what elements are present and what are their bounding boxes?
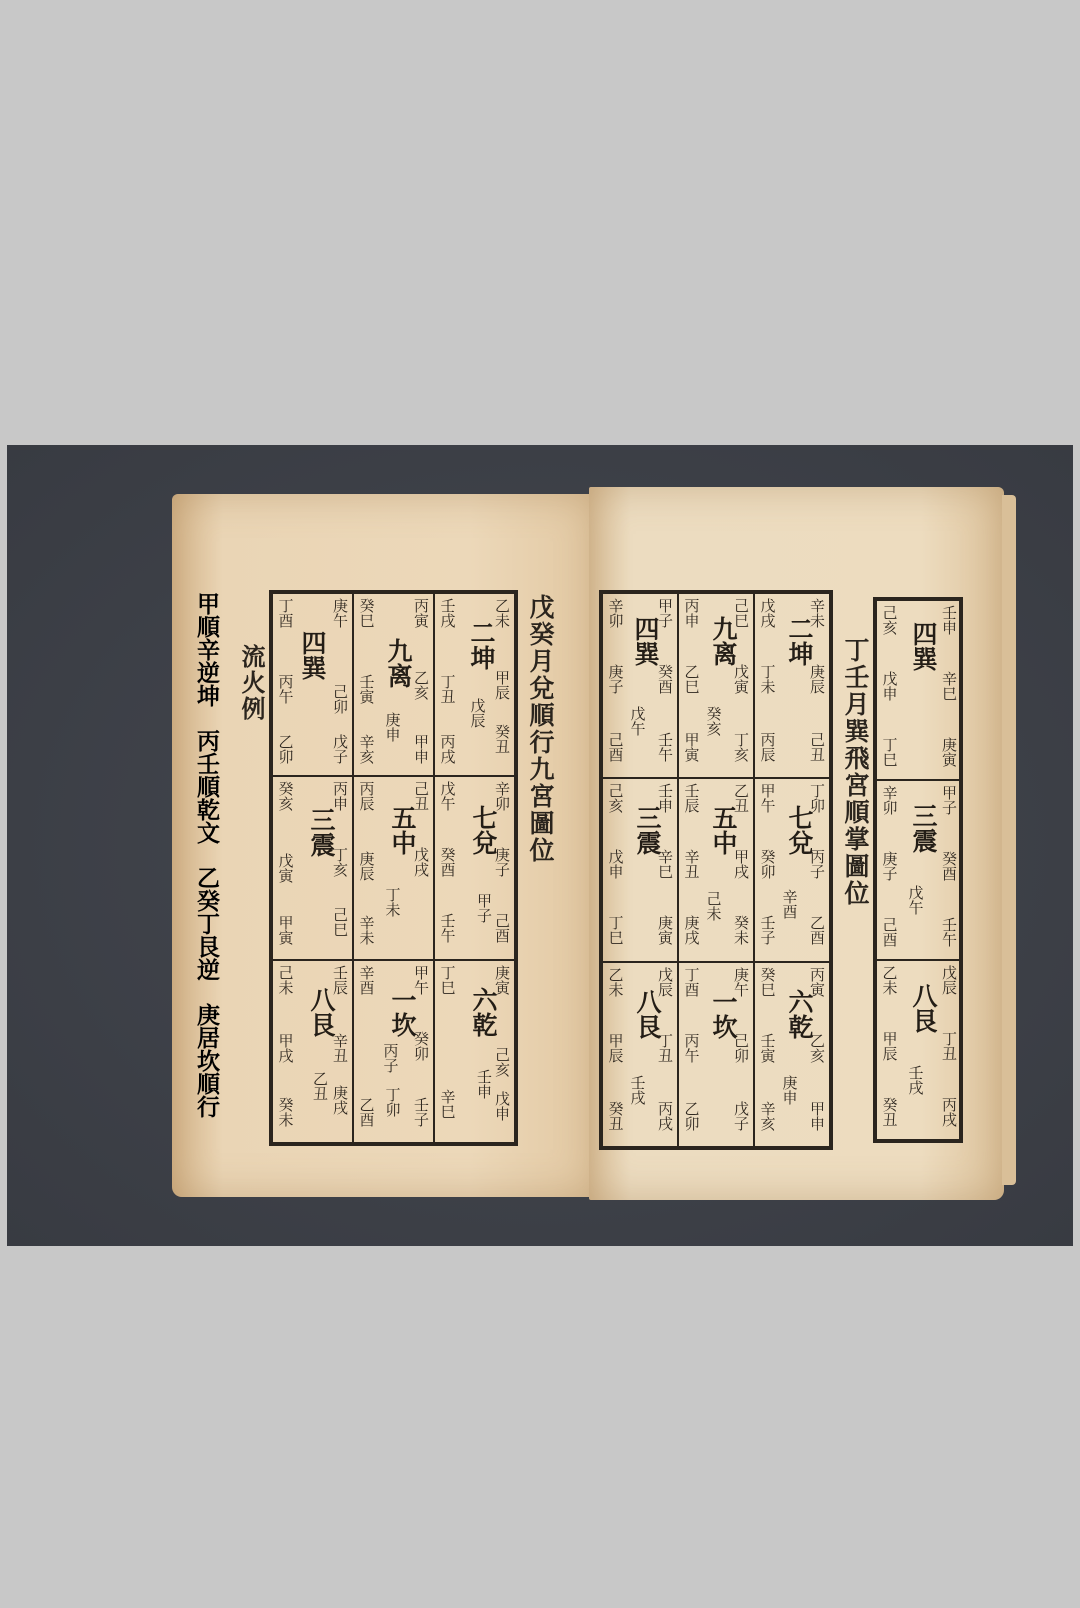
stem-text: 癸未 (733, 915, 750, 945)
stem-text: 乙酉 (809, 915, 826, 945)
stem-text: 乙未 (881, 965, 898, 995)
stem-text: 壬午 (941, 917, 958, 947)
stem-text: 戊戌 (759, 598, 776, 628)
section-heading: 流火例 (234, 644, 269, 722)
stem-text: 己丑 (809, 732, 826, 762)
palace-cell: 己亥 戊申 丁巳 四巽 壬申 辛巳 庚寅 (876, 600, 960, 780)
palace-cell: 乙未 甲辰 癸丑 八艮 戊辰 丁丑 丙戌 壬戌 (602, 962, 678, 1147)
stem-text: 丁未 (384, 887, 401, 917)
stem-text: 己酉 (494, 913, 511, 943)
stem-text: 辛未 (809, 598, 826, 628)
right-side-palace-column: 己亥 戊申 丁巳 四巽 壬申 辛巳 庚寅 辛卯 庚子 己酉 三震 甲子 癸酉 壬… (873, 597, 963, 1143)
palace-cell: 癸巳 壬寅 辛亥 九离 丙寅 乙亥 甲申 庚申 (353, 593, 434, 776)
palace-name: 四巽 (905, 621, 941, 671)
stem-text: 丙申 (683, 598, 700, 628)
stem-text: 己亥 (494, 1047, 511, 1077)
palace-cell: 戊午 癸酉 壬午 七兌 辛卯 庚子 甲子 己酉 (434, 776, 515, 959)
stem-text: 癸亥 (705, 706, 722, 736)
notes-column: 甲順辛逆坤 丙壬順乾文 乙癸丁艮逆 庚居坎順行 (190, 592, 223, 1118)
stem-text: 戊寅 (733, 664, 750, 694)
stem-text: 己亥 (607, 783, 624, 813)
palace-name: 八艮 (905, 983, 941, 1033)
note-line: 甲順辛逆坤 (190, 592, 223, 707)
stem-text: 辛亥 (358, 734, 375, 764)
stem-text: 辛丑 (683, 849, 700, 879)
stem-text: 壬寅 (358, 674, 375, 704)
palace-cell: 辛酉 乙酉 甲午 癸卯 一坎 丙子 丁卯 壬子 (353, 960, 434, 1143)
stem-text: 己巳 (332, 907, 349, 937)
stem-text: 癸卯 (759, 849, 776, 879)
stem-text: 己巳 (733, 598, 750, 628)
stem-text: 戊申 (607, 849, 624, 879)
stem-text: 壬申 (657, 783, 674, 813)
left-page-title: 戊癸月兌順行九宮圖位 (522, 594, 558, 864)
stem-text: 丁丑 (657, 1033, 674, 1063)
stem-text: 丙辰 (759, 732, 776, 762)
palace-cell: 丙辰 庚辰 辛未 五中 己丑 戊戌 丁未 (353, 776, 434, 959)
stem-text: 庚寅 (657, 915, 674, 945)
right-page: 辛卯 庚子 己酉 四巽 甲子 癸酉 壬午 戊午 丙申 乙巳 甲寅 九离 己巳 戊… (589, 487, 1004, 1200)
right-page-title: 丁壬月巽飛宮順掌圖位 (837, 637, 873, 907)
stem-text: 甲申 (413, 734, 430, 764)
stem-text: 辛卯 (494, 781, 511, 811)
stem-text: 丁亥 (332, 847, 349, 877)
stem-text: 丁亥 (733, 732, 750, 762)
stem-text: 甲午 (759, 783, 776, 813)
stem-text: 己未 (705, 891, 722, 921)
stem-text: 癸巳 (759, 967, 776, 997)
stem-text: 戊寅 (277, 853, 294, 883)
palace-cell: 戊戌 丁未 丙辰 二坤 辛未 庚辰 己丑 (754, 593, 830, 778)
stem-text: 甲戌 (277, 1033, 294, 1063)
palace-cell: 辛卯 庚子 己酉 三震 甲子 癸酉 壬午 戊午 (876, 780, 960, 960)
stem-text: 戊子 (332, 734, 349, 764)
palace-cell: 己未 甲戌 癸未 八艮 壬辰 辛丑 乙丑 庚戌 (272, 960, 353, 1143)
right-nine-palace-grid: 辛卯 庚子 己酉 四巽 甲子 癸酉 壬午 戊午 丙申 乙巳 甲寅 九离 己巳 戊… (599, 590, 833, 1150)
stem-text: 乙丑 (312, 1071, 329, 1101)
stem-text: 戊午 (439, 781, 456, 811)
stem-text: 癸巳 (358, 598, 375, 628)
stem-text: 癸酉 (657, 664, 674, 694)
stem-text: 丙戌 (657, 1101, 674, 1131)
stem-text: 癸亥 (277, 781, 294, 811)
stem-text: 丁巳 (607, 915, 624, 945)
stem-text: 己卯 (332, 684, 349, 714)
stem-text: 甲子 (657, 598, 674, 628)
stem-text: 丁未 (759, 664, 776, 694)
stem-text: 庚子 (881, 851, 898, 881)
stem-text: 丙申 (332, 781, 349, 811)
note-line: 丙壬順乾文 (190, 729, 223, 844)
note-line: 乙癸丁艮逆 (190, 866, 223, 981)
stem-text: 甲辰 (881, 1031, 898, 1061)
stem-text: 戊午 (907, 885, 924, 915)
palace-cell: 甲午 癸卯 壬子 七兌 丁卯 丙子 乙酉 辛酉 (754, 778, 830, 963)
stem-text: 庚辰 (809, 664, 826, 694)
stem-text: 甲寅 (277, 915, 294, 945)
stem-text: 丙午 (277, 674, 294, 704)
stem-text: 庚午 (332, 598, 349, 628)
stem-text: 庚午 (733, 967, 750, 997)
palace-cell: 己亥 戊申 丁巳 三震 壬申 辛巳 庚寅 (602, 778, 678, 963)
stem-text: 癸丑 (494, 724, 511, 754)
stem-text: 甲子 (476, 893, 493, 923)
stem-text: 丙子 (809, 849, 826, 879)
stem-text: 丁卯 (809, 783, 826, 813)
palace-cell: 庚午 四巽 丁酉 丙午 乙卯 己卯 戊子 (272, 593, 353, 776)
note-line: 庚居坎順行 (190, 1003, 223, 1118)
stem-text: 庚申 (384, 712, 401, 742)
stem-text: 乙亥 (809, 1033, 826, 1063)
stem-text: 己未 (277, 965, 294, 995)
palace-name: 三震 (905, 803, 941, 853)
palace-cell: 辛卯 庚子 己酉 四巽 甲子 癸酉 壬午 戊午 (602, 593, 678, 778)
stem-text: 壬午 (657, 732, 674, 762)
stem-text: 壬寅 (759, 1033, 776, 1063)
palace-cell: 丁巳 辛巳 六乾 庚寅 己亥 壬申 戊申 (434, 960, 515, 1143)
left-page: 戊癸月兌順行九宮圖位 庚午 四巽 丁酉 丙午 乙卯 己卯 戊子 癸巳 壬寅 辛亥… (172, 494, 597, 1197)
stem-text: 丙寅 (413, 598, 430, 628)
stem-text: 庚戌 (332, 1085, 349, 1115)
photo-background: 戊癸月兌順行九宮圖位 庚午 四巽 丁酉 丙午 乙卯 己卯 戊子 癸巳 壬寅 辛亥… (7, 445, 1073, 1246)
stem-text: 辛丑 (332, 1033, 349, 1063)
stem-text: 乙未 (494, 598, 511, 628)
stem-text: 癸丑 (881, 1097, 898, 1127)
stem-text: 丁酉 (683, 967, 700, 997)
stem-text: 乙巳 (683, 664, 700, 694)
stem-text: 己丑 (413, 781, 430, 811)
stem-text: 戊午 (629, 706, 646, 736)
stem-text: 戊辰 (657, 967, 674, 997)
stem-text: 乙卯 (683, 1101, 700, 1131)
stem-text: 壬戌 (439, 598, 456, 628)
stem-text: 戊戌 (413, 847, 430, 877)
stem-text: 壬戌 (907, 1065, 924, 1095)
stem-text: 壬戌 (629, 1075, 646, 1105)
palace-cell: 乙未 甲辰 癸丑 八艮 戊辰 丁丑 丙戌 壬戌 (876, 960, 960, 1140)
stem-text: 辛未 (358, 915, 375, 945)
stem-text: 辛亥 (759, 1101, 776, 1131)
stem-text: 壬子 (413, 1097, 430, 1127)
stem-text: 甲辰 (607, 1033, 624, 1063)
stem-text: 丁酉 (277, 598, 294, 628)
stem-text: 壬申 (476, 1069, 493, 1099)
stem-text: 己酉 (881, 917, 898, 947)
stem-text: 甲戌 (733, 849, 750, 879)
stem-text: 丁卯 (384, 1087, 401, 1117)
stem-text: 辛巳 (941, 671, 958, 701)
stem-text: 乙亥 (413, 670, 430, 700)
stem-text: 丙戌 (941, 1097, 958, 1127)
stem-text: 丙辰 (358, 781, 375, 811)
stem-text: 辛巳 (439, 1089, 456, 1119)
stem-text: 辛卯 (881, 785, 898, 815)
stem-text: 戊辰 (941, 965, 958, 995)
palace-name: 四巽 (294, 630, 330, 680)
stem-text: 丙午 (683, 1033, 700, 1063)
left-nine-palace-grid: 庚午 四巽 丁酉 丙午 乙卯 己卯 戊子 癸巳 壬寅 辛亥 九离 丙寅 乙亥 甲… (269, 590, 518, 1146)
stem-text: 戊辰 (469, 698, 486, 728)
stem-text: 癸未 (277, 1097, 294, 1127)
stem-text: 甲申 (809, 1101, 826, 1131)
stem-text: 壬辰 (683, 783, 700, 813)
stem-text: 庚戌 (683, 915, 700, 945)
stem-text: 辛巳 (657, 849, 674, 879)
stem-text: 戊子 (733, 1101, 750, 1131)
stem-text: 乙未 (607, 967, 624, 997)
stem-text: 甲子 (941, 785, 958, 815)
stem-text: 丙寅 (809, 967, 826, 997)
palace-name: 一坎 (384, 987, 420, 1037)
stem-text: 甲寅 (683, 732, 700, 762)
stem-text: 乙丑 (733, 783, 750, 813)
stem-text: 壬子 (759, 915, 776, 945)
stem-text: 己亥 (881, 605, 898, 635)
stem-text: 戊申 (881, 671, 898, 701)
stem-text: 辛酉 (781, 889, 798, 919)
palace-cell: 壬戌 丁丑 丙戌 二坤 乙未 甲辰 癸丑 戊辰 (434, 593, 515, 776)
stem-text: 乙卯 (277, 734, 294, 764)
stem-text: 甲辰 (494, 670, 511, 700)
palace-cell: 壬辰 辛丑 庚戌 五中 乙丑 甲戌 癸未 己未 (678, 778, 754, 963)
stem-text: 庚子 (607, 664, 624, 694)
palace-name: 九离 (380, 638, 416, 688)
stem-text: 辛酉 (358, 965, 375, 995)
stem-text: 丁巳 (881, 737, 898, 767)
palace-cell: 丁酉 丙午 乙卯 一坎 庚午 己卯 戊子 (678, 962, 754, 1147)
stem-text: 庚寅 (941, 737, 958, 767)
stem-text: 戊申 (494, 1091, 511, 1121)
stem-text: 丁巳 (439, 965, 456, 995)
stem-text: 乙酉 (358, 1097, 375, 1127)
palace-cell: 癸巳 壬寅 辛亥 六乾 丙寅 乙亥 甲申 庚申 (754, 962, 830, 1147)
stem-text: 丁丑 (439, 674, 456, 704)
stem-text: 壬辰 (332, 965, 349, 995)
stem-text: 壬午 (439, 913, 456, 943)
palace-cell: 丙申 乙巳 甲寅 九离 己巳 戊寅 丁亥 癸亥 (678, 593, 754, 778)
stem-text: 庚辰 (358, 851, 375, 881)
stem-text: 庚子 (494, 847, 511, 877)
stem-text: 辛卯 (607, 598, 624, 628)
stem-text: 丁丑 (941, 1031, 958, 1061)
stem-text: 癸丑 (607, 1101, 624, 1131)
page-stack-edge (1002, 495, 1016, 1185)
stem-text: 癸酉 (439, 847, 456, 877)
stem-text: 癸酉 (941, 851, 958, 881)
stem-text: 庚寅 (494, 965, 511, 995)
stem-text: 丙戌 (439, 734, 456, 764)
stem-text: 己酉 (607, 732, 624, 762)
stem-text: 己卯 (733, 1033, 750, 1063)
stem-text: 壬申 (941, 605, 958, 635)
stem-text: 庚申 (781, 1075, 798, 1105)
stem-text: 丙子 (382, 1043, 399, 1073)
palace-cell: 癸亥 戊寅 甲寅 三震 丙申 丁亥 己巳 (272, 776, 353, 959)
